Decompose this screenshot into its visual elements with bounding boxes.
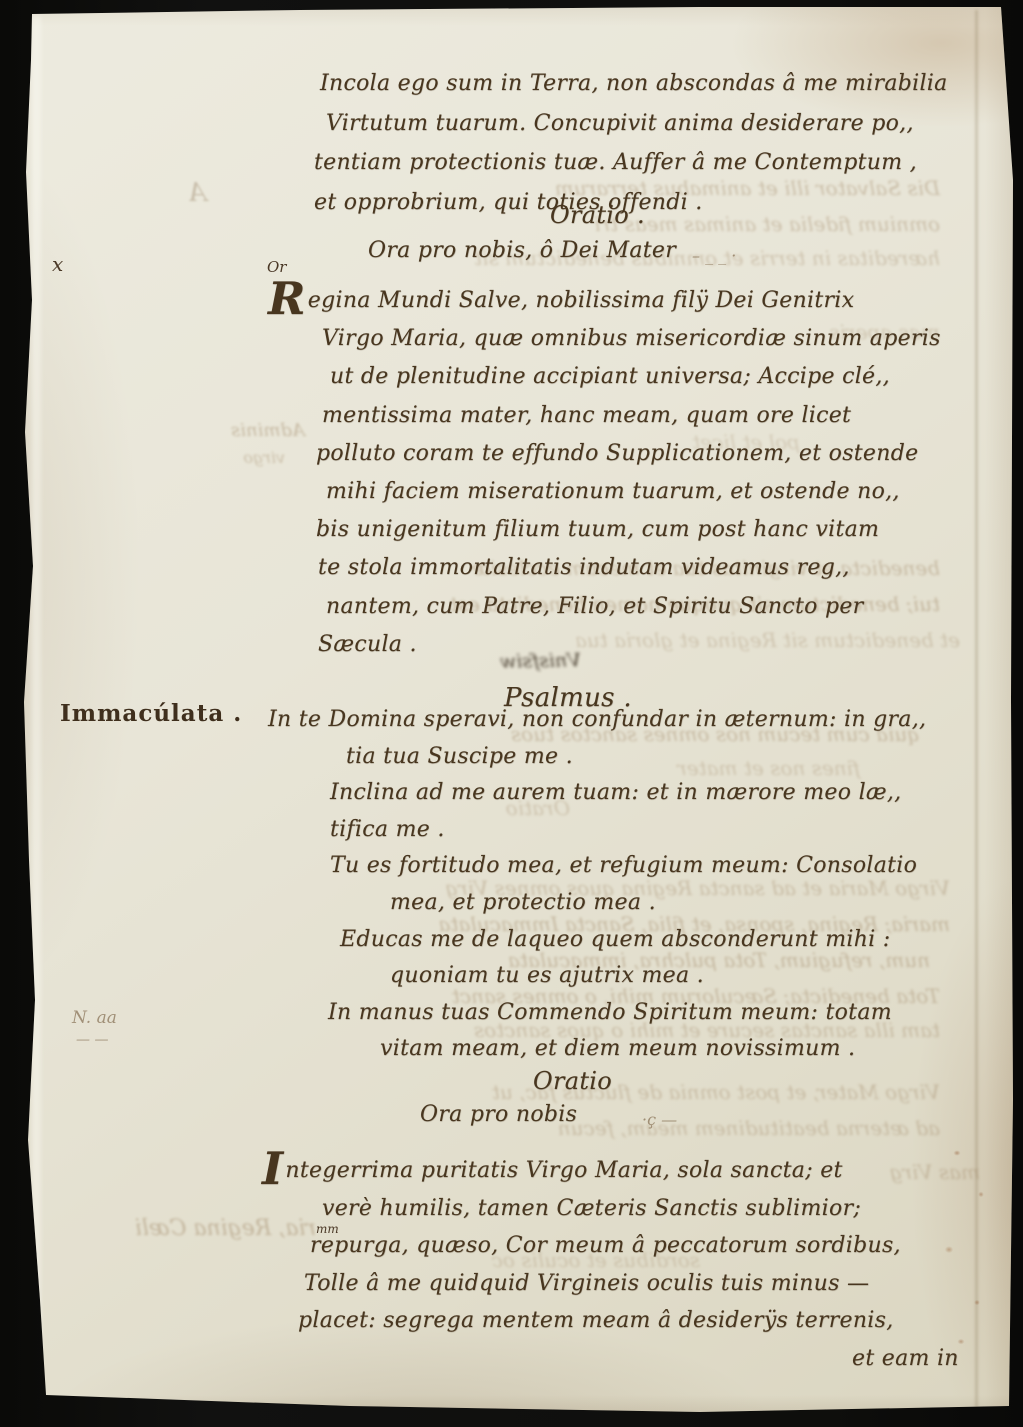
na-underline: — — bbox=[76, 1032, 108, 1048]
mater-flourish: – _ _ · bbox=[692, 246, 736, 265]
photo-background: Dis Salvator illi et animabus terrarumom… bbox=[0, 0, 1023, 1427]
mm-correction: mm bbox=[316, 1222, 339, 1236]
na-note: N. aa bbox=[72, 1008, 117, 1028]
faint-a-mark: A bbox=[188, 178, 207, 208]
margin-notes-layer: xOrImmacúlata .AN. aa— —mmVnisfsiw– _ _ … bbox=[0, 0, 1023, 1427]
or-correction: Or bbox=[267, 258, 286, 276]
psalmus-smudge: Vnisfsiw bbox=[500, 649, 581, 672]
immaculata-note: Immacúlata . bbox=[60, 700, 242, 727]
x-mark: x bbox=[52, 252, 63, 276]
manuscript-page: Dis Salvator illi et animabus terrarumom… bbox=[0, 0, 1023, 1427]
orapronobis-flourish: ·ç — bbox=[642, 1110, 677, 1129]
